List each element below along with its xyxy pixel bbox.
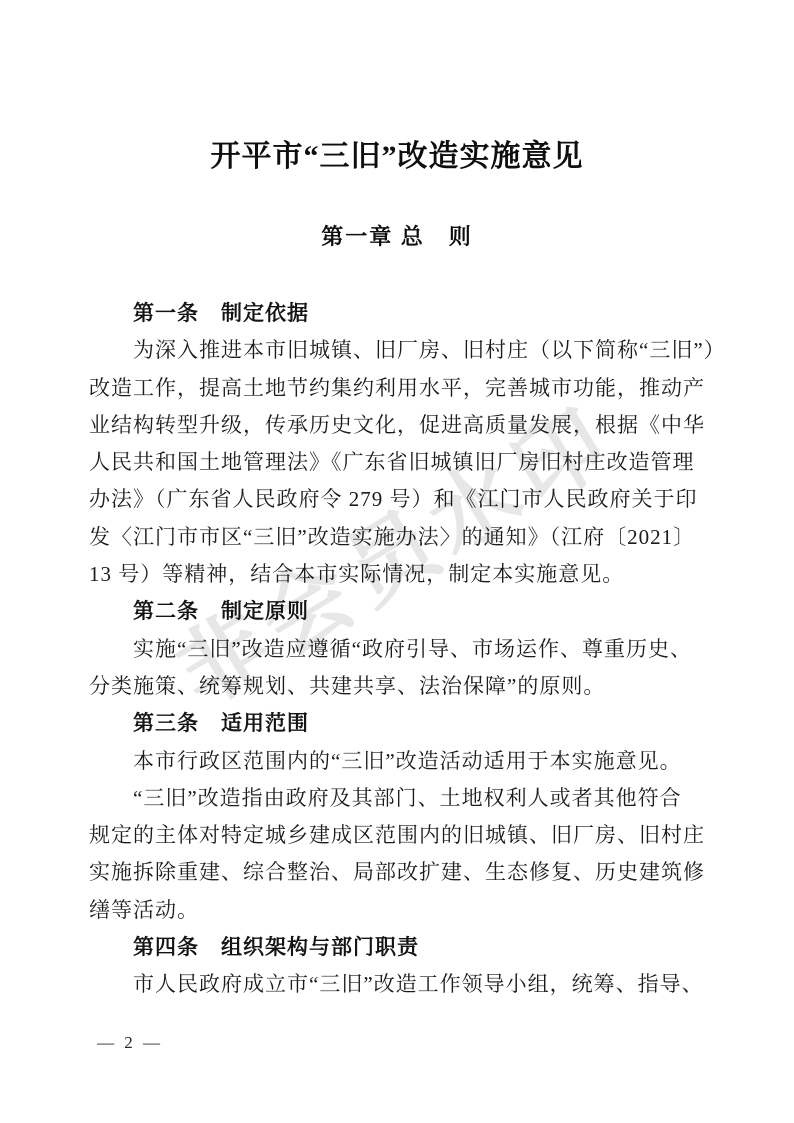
- body-text-line: 业结构转型升级，传承历史文化，促进高质量发展，根据《中华: [89, 407, 709, 444]
- chapter-heading: 第一章 总 则: [0, 222, 794, 252]
- body-text-line: 发〈江门市市区“三旧”改造实施办法〉的通知》（江府〔2021〕: [89, 519, 709, 556]
- body-text-line: 本市行政区范围内的“三旧”改造活动适用于本实施意见。: [89, 743, 709, 780]
- document-title: 开平市“三旧”改造实施意见: [0, 138, 794, 176]
- article-heading-line: 第四条 组织架构与部门职责: [89, 929, 709, 966]
- page-number: — 2 —: [97, 1031, 163, 1055]
- body-text-line: 人民共和国土地管理法》《广东省旧城镇旧厂房旧村庄改造管理: [89, 444, 709, 481]
- article-heading-line: 第二条 制定原则: [89, 593, 709, 630]
- body-text-line: 分类施策、统筹规划、共建共享、法治保障”的原则。: [89, 668, 709, 705]
- body-text-line: 实施拆除重建、综合整治、局部改扩建、生态修复、历史建筑修: [89, 854, 709, 891]
- document-page: 非会员水印 开平市“三旧”改造实施意见 第一章 总 则 第一条 制定依据 为深入…: [0, 0, 794, 1123]
- body-text-line: “三旧”改造指由政府及其部门、土地权利人或者其他符合: [89, 780, 709, 817]
- body-text-line: 改造工作，提高土地节约集约利用水平，完善城市功能，推动产: [89, 370, 709, 407]
- document-body: 第一条 制定依据 为深入推进本市旧城镇、旧厂房、旧村庄（以下简称“三旧”）改造工…: [89, 295, 709, 1004]
- article-heading-line: 第三条 适用范围: [89, 705, 709, 742]
- body-text-line: 市人民政府成立市“三旧”改造工作领导小组，统筹、指导、: [89, 966, 709, 1003]
- body-text-line: 规定的主体对特定城乡建成区范围内的旧城镇、旧厂房、旧村庄: [89, 817, 709, 854]
- article-heading-line: 第一条 制定依据: [89, 295, 709, 332]
- body-text-line: 为深入推进本市旧城镇、旧厂房、旧村庄（以下简称“三旧”）: [89, 332, 709, 369]
- body-text-line: 13 号）等精神，结合本市实际情况，制定本实施意见。: [89, 556, 709, 593]
- body-text-line: 办法》（广东省人民政府令 279 号）和《江门市人民政府关于印: [89, 481, 709, 518]
- body-text-line: 缮等活动。: [89, 892, 709, 929]
- body-text-line: 实施“三旧”改造应遵循“政府引导、市场运作、尊重历史、: [89, 631, 709, 668]
